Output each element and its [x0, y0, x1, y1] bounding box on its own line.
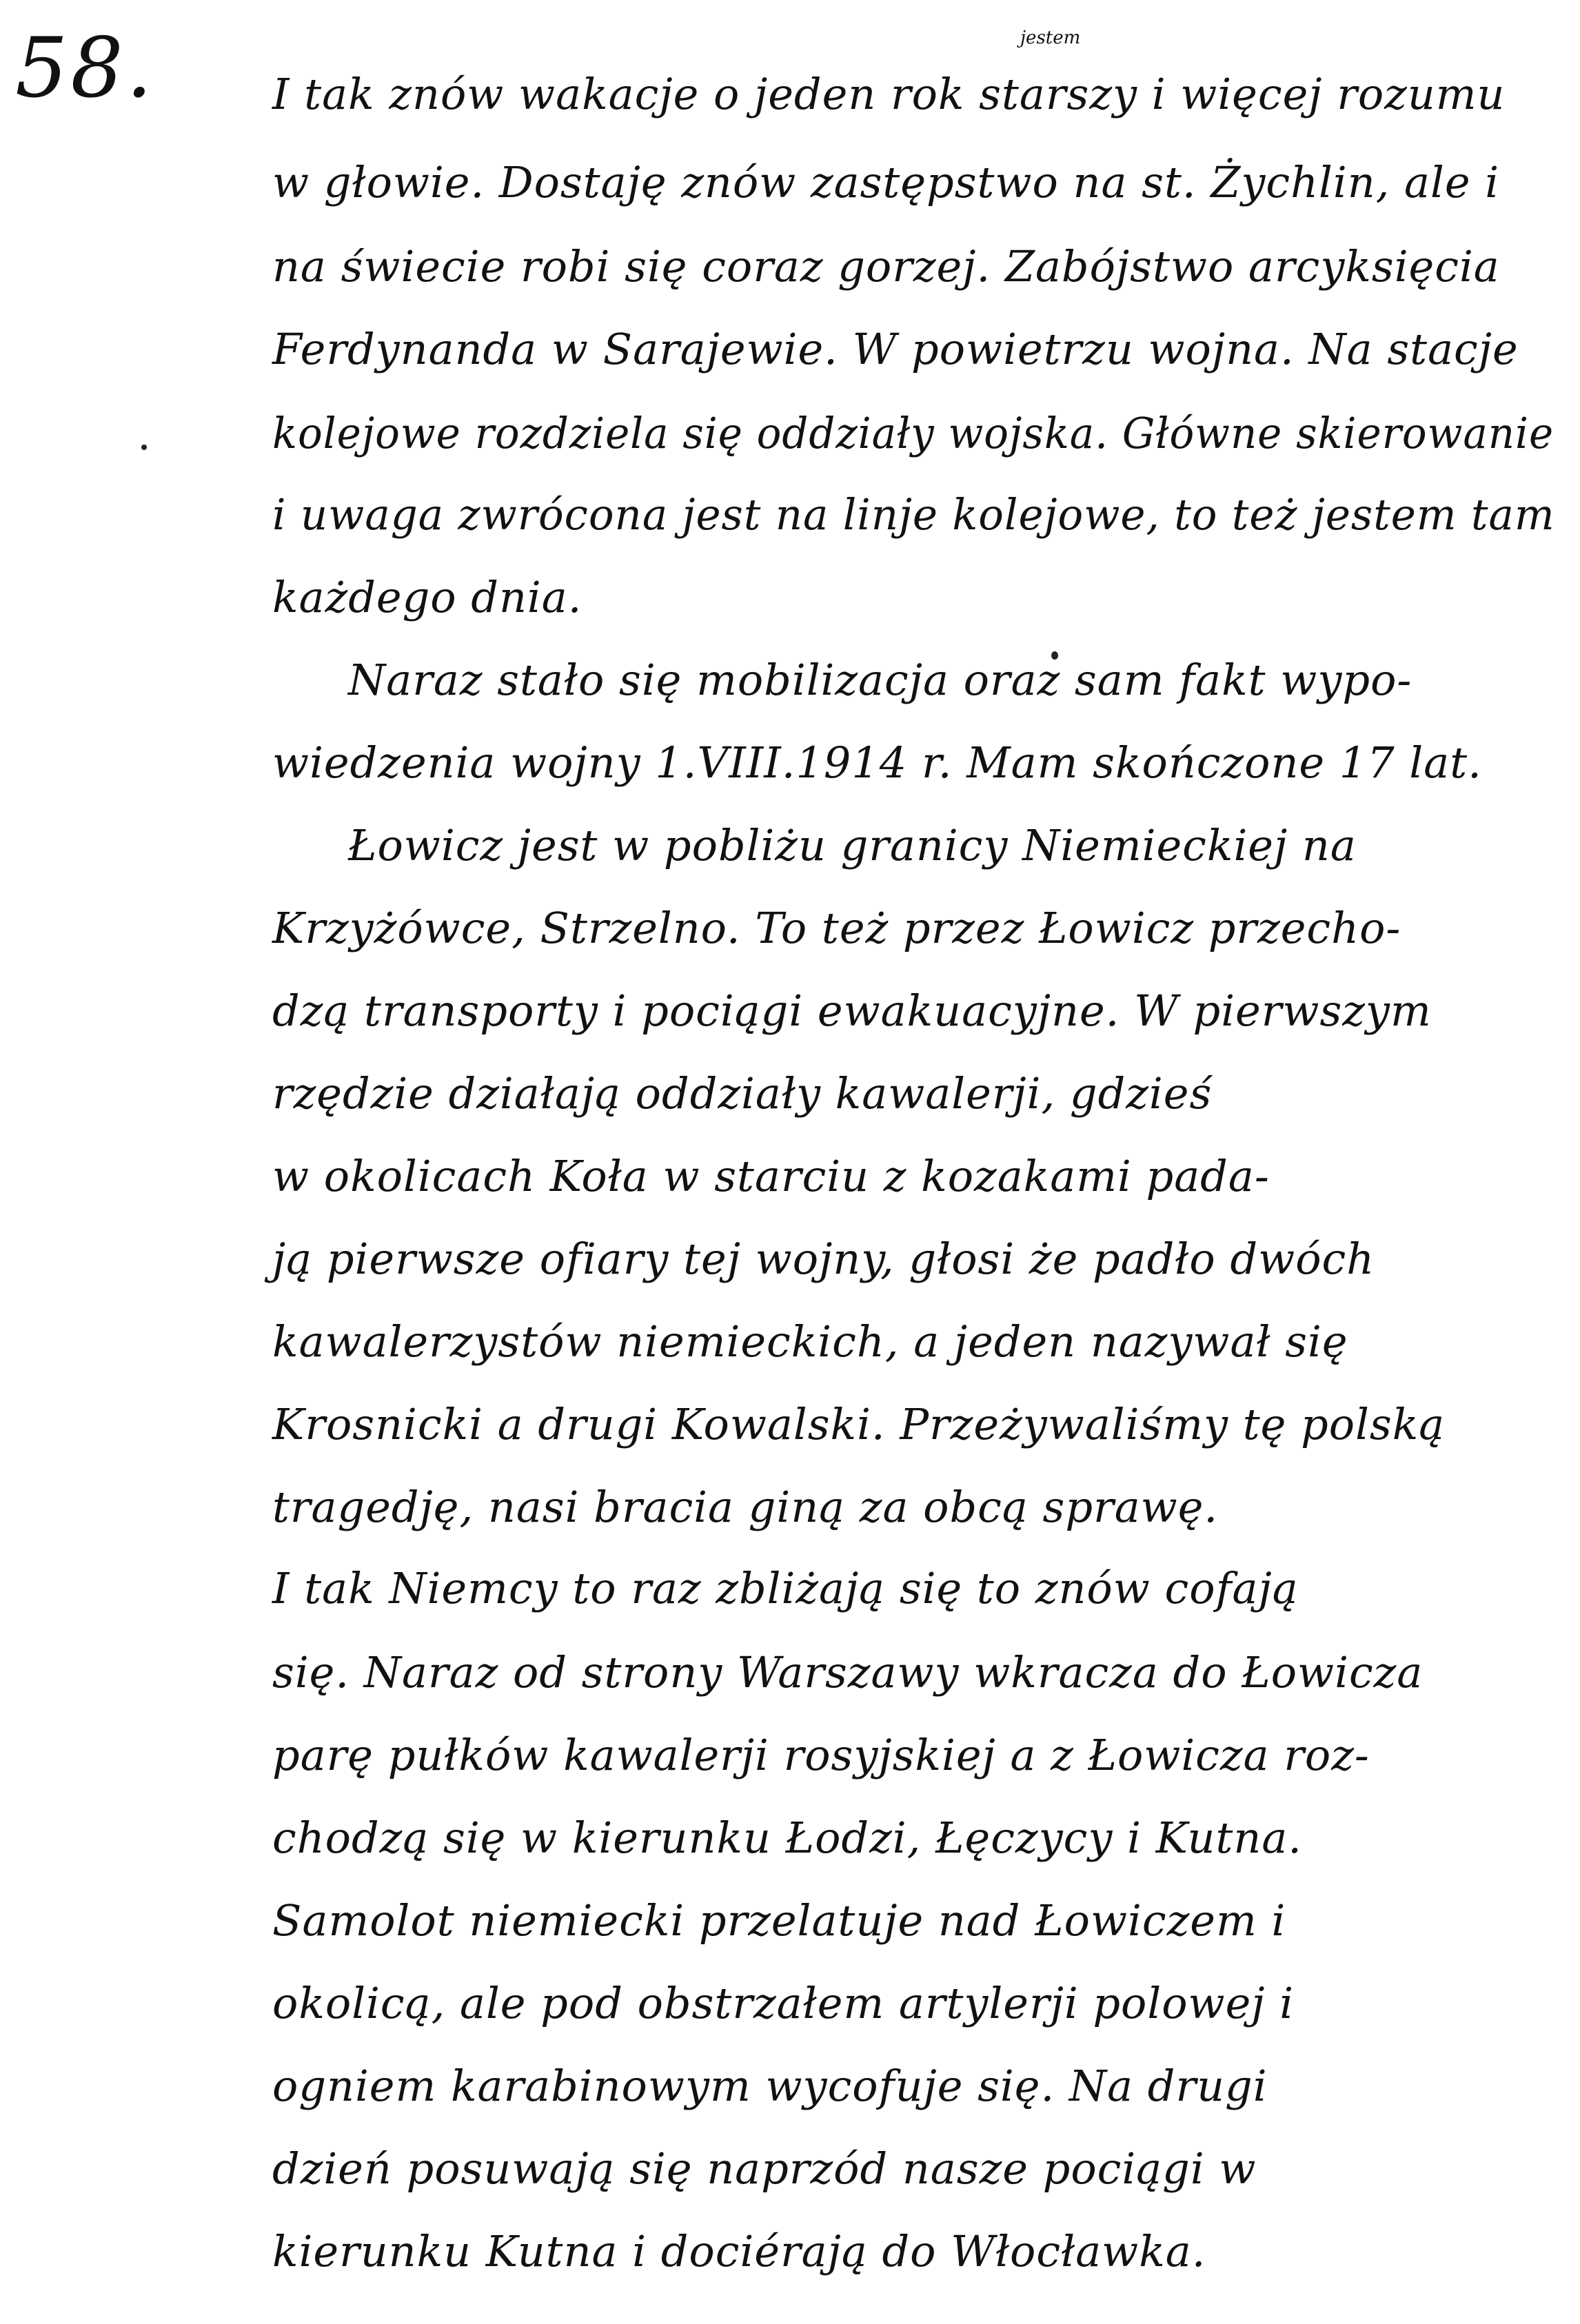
text-line: dzą transporty i pociągi ewakuacyjne. W …: [272, 986, 1432, 1036]
text-line: kierunku Kutna i dociérają do Włocławka.: [272, 2226, 1206, 2276]
ink-speck: [141, 445, 147, 450]
text-line: dzień posuwają się naprzód nasze pociągi…: [272, 2143, 1256, 2194]
text-line: kawalerzystów niemieckich, a jeden nazyw…: [272, 1316, 1348, 1367]
text-line: parę pułków kawalerji rosyjskiej a z Łow…: [272, 1730, 1370, 1780]
text-line: rzędzie działają oddziały kawalerji, gdz…: [272, 1068, 1212, 1119]
text-line: I tak Niemcy to raz zbliżają się to znów…: [272, 1563, 1299, 1613]
page-number: 58.: [15, 21, 155, 116]
text-line: w głowie. Dostaję znów zastępstwo na st.…: [272, 157, 1499, 207]
text-line: ją pierwsze ofiary tej wojny, głosi że p…: [272, 1234, 1375, 1284]
text-line: Samolot niemiecki przelatuje nad Łowicze…: [272, 1895, 1286, 1946]
text-line: każdego dnia.: [272, 572, 582, 622]
text-line: wiedzenia wojny 1.VIII.1914 r. Mam skońc…: [272, 737, 1482, 788]
handwritten-page: 58. jestem I tak znów wakacje o jeden ro…: [0, 0, 1580, 2324]
interlinear-insertion-note: jestem: [1020, 28, 1080, 48]
text-line: się. Naraz od strony Warszawy wkracza do…: [272, 1647, 1423, 1698]
text-line: ogniem karabinowym wycofuje się. Na drug…: [272, 2061, 1268, 2111]
text-line: na świecie robi się coraz gorzej. Zabójs…: [272, 241, 1500, 292]
text-line: okolicą, ale pod obstrzałem artylerji po…: [272, 1978, 1294, 2028]
text-line: chodzą się w kierunku Łodzi, Łęczycy i K…: [272, 1813, 1302, 1863]
text-line: i uwaga zwrócona jest na linje kolejowe,…: [272, 489, 1555, 540]
text-line: w okolicach Koła w starciu z kozakami pa…: [272, 1151, 1270, 1201]
text-line: Naraz stało się mobilizacja oraz sam fak…: [348, 655, 1412, 705]
text-line: tragedję, nasi bracia giną za obcą spraw…: [272, 1482, 1218, 1532]
text-line: Krzyżówce, Strzelno. To też przez Łowicz…: [272, 903, 1401, 953]
ink-speck: [1051, 651, 1058, 660]
text-line: Krosnicki a drugi Kowalski. Przeżywaliśm…: [272, 1399, 1445, 1449]
text-line: Ferdynanda w Sarajewie. W powietrzu wojn…: [272, 324, 1519, 374]
text-line: I tak znów wakacje o jeden rok starszy i…: [272, 69, 1506, 119]
text-line: kolejowe rozdziela się oddziały wojska. …: [272, 408, 1554, 458]
text-line: Łowicz jest w pobliżu granicy Niemieckie…: [348, 820, 1357, 870]
